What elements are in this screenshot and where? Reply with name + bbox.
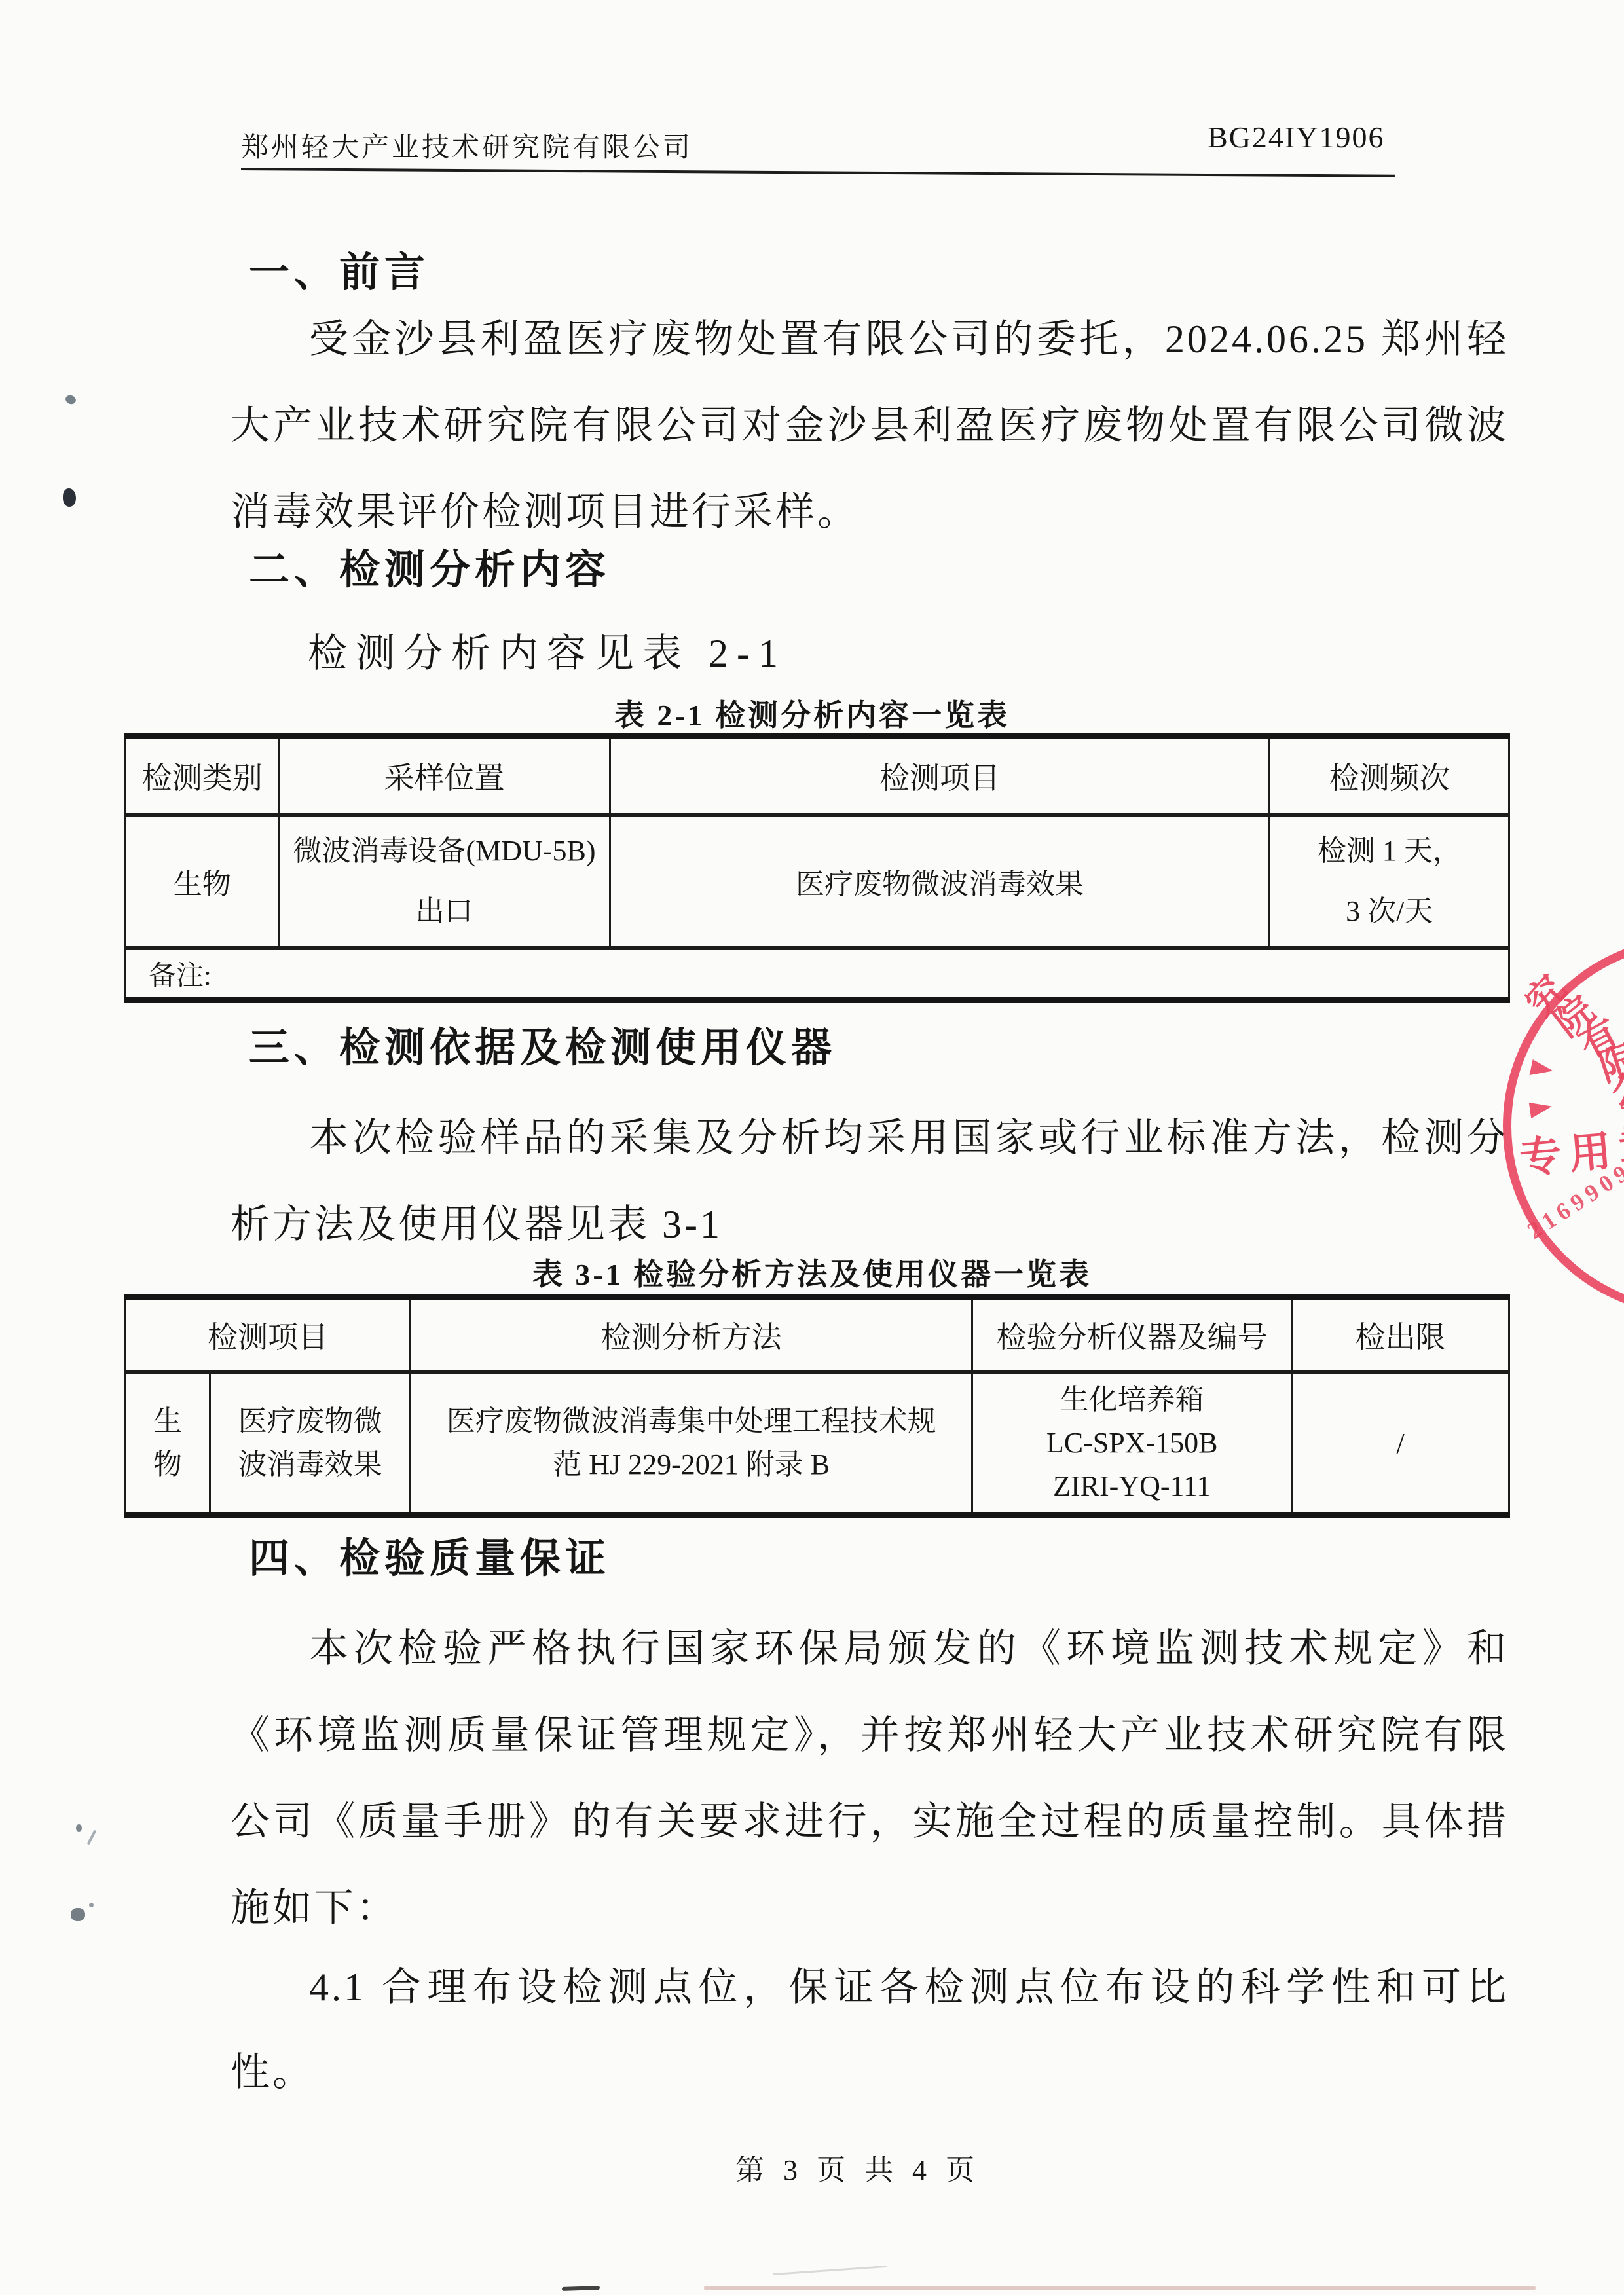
section-3-title: 三、检测依据及检测使用仪器 bbox=[249, 1015, 836, 1073]
header-rule bbox=[241, 168, 1395, 177]
section-3-paragraph: 本次检验样品的采集及分析均采用国家或行业标准方法，检测分析方法及使用仪器见表 3… bbox=[231, 1095, 1509, 1268]
table-2-1-header-row: 检测类别 采样位置 检测项目 检测频次 bbox=[126, 737, 1509, 815]
col-header-instrument: 检验分析仪器及编号 bbox=[972, 1297, 1292, 1373]
header-report-number: BG24IY1906 bbox=[1208, 120, 1384, 155]
cell-category: 生 物 bbox=[126, 1372, 210, 1515]
cell-instrument: 生化培养箱 LC-SPX-150B ZIRI-YQ-111 bbox=[972, 1372, 1292, 1515]
section-4-item-4-1: 4.1 合理布设检测点位，保证各检测点位布设的科学性和可比性。 bbox=[231, 1945, 1509, 2115]
table-3-1-header-row: 检测项目 检测分析方法 检验分析仪器及编号 检出限 bbox=[126, 1297, 1509, 1373]
section-2-title: 二、检测分析内容 bbox=[249, 537, 610, 595]
page-number-indicator: 第 3 页 共 4 页 bbox=[92, 2146, 1624, 2188]
section-1-title: 一、前言 bbox=[249, 240, 430, 298]
ink-speck bbox=[71, 1908, 85, 1921]
col-header-item: 检测项目 bbox=[610, 737, 1270, 815]
ink-speck bbox=[89, 1903, 94, 1907]
col-header-location: 采样位置 bbox=[279, 737, 610, 815]
table-2-1: 检测类别 采样位置 检测项目 检测频次 生物 微波消毒设备(MDU-5B) 出口… bbox=[124, 733, 1510, 1003]
header-company-name: 郑州轻大产业技术研究院有限公司 bbox=[241, 126, 693, 165]
note-label: 备注: bbox=[126, 948, 1509, 1001]
col-header-item: 检测项目 bbox=[126, 1297, 411, 1373]
cell-frequency: 检测 1 天， 3 次/天 bbox=[1270, 815, 1509, 948]
scan-artifact bbox=[562, 2286, 600, 2291]
table-2-1-note-row: 备注: bbox=[126, 948, 1509, 1001]
table-2-1-caption: 表 2-1 检测分析内容一览表 bbox=[157, 691, 1467, 735]
ink-speck bbox=[87, 1829, 97, 1845]
document-page: 郑州轻大产业技术研究院有限公司 BG24IY1906 一、前言 受金沙县利盈医疗… bbox=[0, 0, 1624, 2295]
cell-item: 医疗废物微波消毒效果 bbox=[610, 815, 1270, 948]
col-header-detection-limit: 检出限 bbox=[1292, 1297, 1509, 1373]
table-3-1: 检测项目 检测分析方法 检验分析仪器及编号 检出限 生 物 医疗废物微 波消毒效… bbox=[124, 1294, 1510, 1518]
section-2-intro: 检测分析内容见表 2-1 bbox=[308, 622, 786, 678]
ink-speck bbox=[63, 488, 76, 507]
ink-speck bbox=[64, 394, 77, 406]
cell-category: 生物 bbox=[126, 815, 280, 948]
scan-artifact bbox=[773, 2266, 887, 2275]
table-3-1-caption: 表 3-1 检验分析方法及使用仪器一览表 bbox=[157, 1251, 1467, 1294]
section-4-title: 四、检验质量保证 bbox=[249, 1526, 610, 1584]
section-1-paragraph: 受金沙县利盈医疗废物处置有限公司的委托，2024.06.25 郑州轻大产业技术研… bbox=[231, 296, 1509, 555]
table-3-1-data-row: 生 物 医疗废物微 波消毒效果 医疗废物微波消毒集中处理工程技术规 范 HJ 2… bbox=[126, 1372, 1509, 1515]
cell-location: 微波消毒设备(MDU-5B) 出口 bbox=[279, 815, 610, 948]
scan-artifact bbox=[704, 2286, 1536, 2290]
col-header-method: 检测分析方法 bbox=[411, 1297, 972, 1373]
ink-speck bbox=[76, 1824, 82, 1832]
cell-detection-limit: / bbox=[1292, 1372, 1509, 1515]
table-2-1-data-row: 生物 微波消毒设备(MDU-5B) 出口 医疗废物微波消毒效果 检测 1 天， … bbox=[126, 815, 1509, 948]
col-header-category: 检测类别 bbox=[126, 737, 280, 815]
cell-item: 医疗废物微 波消毒效果 bbox=[210, 1372, 410, 1515]
col-header-frequency: 检测频次 bbox=[1270, 737, 1509, 815]
section-4-paragraph: 本次检验严格执行国家环保局颁发的《环境监测技术规定》和《环境监测质量保证管理规定… bbox=[231, 1606, 1509, 1951]
cell-method: 医疗废物微波消毒集中处理工程技术规 范 HJ 229-2021 附录 B bbox=[411, 1372, 972, 1515]
